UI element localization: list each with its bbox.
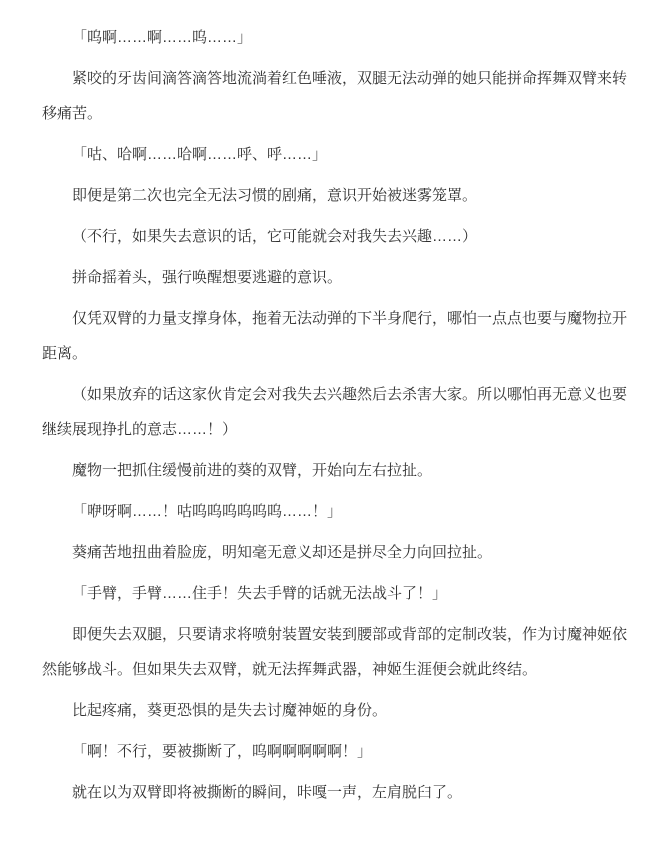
- paragraph-narration: 葵痛苦地扭曲着脸庞，明知毫无意义却还是拼尽全力向回拉扯。: [42, 535, 628, 570]
- paragraph-dialogue: 「手臂，手臂……住手！失去手臂的话就无法战斗了！」: [42, 576, 628, 611]
- paragraph-dialogue: 「呜啊……啊……呜……」: [42, 20, 628, 55]
- paragraph-dialogue: 「咕、哈啊……哈啊……呼、呼……」: [42, 137, 628, 172]
- paragraph-narration: 即便失去双腿，只要请求将喷射装置安装到腰部或背部的定制改装，作为讨魔神姬依然能够…: [42, 617, 628, 687]
- paragraph-thought: （不行，如果失去意识的话，它可能就会对我失去兴趣……）: [42, 219, 628, 254]
- novel-text-page: 「呜啊……啊……呜……」 紧咬的牙齿间滴答滴答地流淌着红色唾液，双腿无法动弹的她…: [0, 0, 650, 850]
- paragraph-narration: 就在以为双臂即将被撕断的瞬间，咔嘎一声，左肩脱臼了。: [42, 775, 628, 810]
- paragraph-narration: 即便是第二次也完全无法习惯的剧痛，意识开始被迷雾笼罩。: [42, 178, 628, 213]
- paragraph-narration: 拼命摇着头，强行唤醒想要逃避的意识。: [42, 260, 628, 295]
- paragraph-thought: （如果放弃的话这家伙肯定会对我失去兴趣然后去杀害大家。所以哪怕再无意义也要继续展…: [42, 377, 628, 447]
- paragraph-narration: 比起疼痛，葵更恐惧的是失去讨魔神姬的身份。: [42, 693, 628, 728]
- paragraph-narration: 魔物一把抓住缓慢前进的葵的双臂，开始向左右拉扯。: [42, 453, 628, 488]
- paragraph-narration: 仅凭双臂的力量支撑身体，拖着无法动弹的下半身爬行，哪怕一点点也要与魔物拉开距离。: [42, 301, 628, 371]
- paragraph-dialogue: 「啊！不行，要被撕断了，呜啊啊啊啊啊！」: [42, 734, 628, 769]
- paragraph-narration: 紧咬的牙齿间滴答滴答地流淌着红色唾液，双腿无法动弹的她只能拼命挥舞双臂来转移痛苦…: [42, 61, 628, 131]
- paragraph-dialogue: 「咿呀啊……！咕呜呜呜呜呜呜……！」: [42, 494, 628, 529]
